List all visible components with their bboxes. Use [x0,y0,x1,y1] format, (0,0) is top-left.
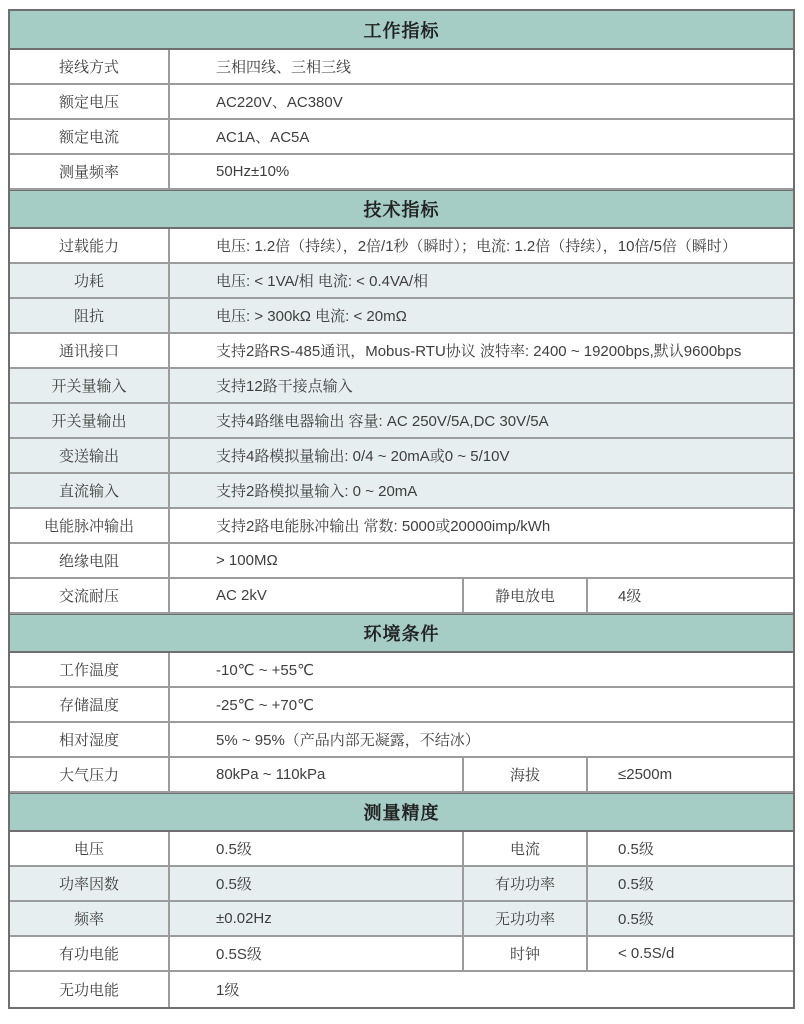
table-row: 阻抗电压: > 300kΩ 电流: < 20mΩ [10,299,793,334]
row-label: 交流耐压 [10,579,170,612]
row-value: 支持2路RS-485通讯，Mobus-RTU协议 波特率: 2400 ~ 192… [170,334,793,367]
row-label: 绝缘电阻 [10,544,170,577]
section-header: 环境条件 [10,614,793,653]
row-value: -25℃ ~ +70℃ [170,688,793,721]
row-value: 电压: < 1VA/相 电流: < 0.4VA/相 [170,264,793,297]
row-value: 0.5S级 [170,937,464,970]
table-row: 有功电能0.5S级时钟< 0.5S/d [10,937,793,972]
row-label: 有功电能 [10,937,170,970]
row-value: 电压: > 300kΩ 电流: < 20mΩ [170,299,793,332]
table-row: 通讯接口支持2路RS-485通讯，Mobus-RTU协议 波特率: 2400 ~… [10,334,793,369]
row-value: 50Hz±10% [170,155,793,188]
table-row: 绝缘电阻> 100MΩ [10,544,793,579]
row-label: 电压 [10,832,170,865]
row-value: 5% ~ 95%（产品内部无凝露，不结冰） [170,723,793,756]
row-label: 开关量输入 [10,369,170,402]
row-value-2: 0.5级 [588,867,793,900]
row-label: 额定电压 [10,85,170,118]
row-value-2: 0.5级 [588,902,793,935]
row-value: ±0.02Hz [170,902,464,935]
row-label-2: 电流 [464,832,588,865]
table-row: 变送输出支持4路模拟量输出: 0/4 ~ 20mA或0 ~ 5/10V [10,439,793,474]
table-row: 交流耐压AC 2kV静电放电4级 [10,579,793,614]
row-label: 无功电能 [10,972,170,1007]
table-row: 存储温度-25℃ ~ +70℃ [10,688,793,723]
row-label: 接线方式 [10,50,170,83]
row-label-2: 海拔 [464,758,588,791]
table-row: 功耗电压: < 1VA/相 电流: < 0.4VA/相 [10,264,793,299]
table-row: 接线方式三相四线、三相三线 [10,50,793,85]
row-value: 支持4路模拟量输出: 0/4 ~ 20mA或0 ~ 5/10V [170,439,793,472]
row-value: 支持2路电能脉冲输出 常数: 5000或20000imp/kWh [170,509,793,542]
row-label: 大气压力 [10,758,170,791]
table-row: 开关量输出支持4路继电器输出 容量: AC 250V/5A,DC 30V/5A [10,404,793,439]
row-label: 测量频率 [10,155,170,188]
row-value: 0.5级 [170,867,464,900]
row-label-2: 无功功率 [464,902,588,935]
section-header: 工作指标 [10,11,793,50]
row-value: 支持12路干接点输入 [170,369,793,402]
row-label-2: 静电放电 [464,579,588,612]
row-value-2: 0.5级 [588,832,793,865]
row-value-2: ≤2500m [588,758,793,791]
table-row: 相对湿度5% ~ 95%（产品内部无凝露，不结冰） [10,723,793,758]
row-label-2: 有功功率 [464,867,588,900]
row-value: AC220V、AC380V [170,85,793,118]
table-row: 开关量输入支持12路干接点输入 [10,369,793,404]
table-row: 额定电压AC220V、AC380V [10,85,793,120]
row-label: 变送输出 [10,439,170,472]
row-label: 相对湿度 [10,723,170,756]
row-label: 频率 [10,902,170,935]
row-value: AC1A、AC5A [170,120,793,153]
row-label: 电能脉冲输出 [10,509,170,542]
row-label: 功率因数 [10,867,170,900]
row-label: 功耗 [10,264,170,297]
spec-table: 工作指标接线方式三相四线、三相三线额定电压AC220V、AC380V额定电流AC… [8,9,795,1009]
row-value: 支持2路模拟量输入: 0 ~ 20mA [170,474,793,507]
table-row: 功率因数0.5级有功功率0.5级 [10,867,793,902]
table-row: 测量频率50Hz±10% [10,155,793,190]
row-label-2: 时钟 [464,937,588,970]
table-row: 电压0.5级电流0.5级 [10,832,793,867]
row-label: 工作温度 [10,653,170,686]
row-value: -10℃ ~ +55℃ [170,653,793,686]
row-label: 存储温度 [10,688,170,721]
table-row: 工作温度-10℃ ~ +55℃ [10,653,793,688]
section-header: 测量精度 [10,793,793,832]
row-label: 额定电流 [10,120,170,153]
row-label: 阻抗 [10,299,170,332]
table-row: 频率±0.02Hz无功功率0.5级 [10,902,793,937]
table-row: 过载能力电压: 1.2倍（持续），2倍/1秒（瞬时）；电流: 1.2倍（持续），… [10,229,793,264]
row-value-2: < 0.5S/d [588,937,793,970]
row-value: 1级 [170,972,793,1007]
section-header: 技术指标 [10,190,793,229]
row-value: AC 2kV [170,579,464,612]
table-row: 大气压力80kPa ~ 110kPa海拔≤2500m [10,758,793,793]
table-row: 直流输入支持2路模拟量输入: 0 ~ 20mA [10,474,793,509]
row-label: 直流输入 [10,474,170,507]
row-value: 电压: 1.2倍（持续），2倍/1秒（瞬时）；电流: 1.2倍（持续），10倍/… [170,229,793,262]
page: 工作指标接线方式三相四线、三相三线额定电压AC220V、AC380V额定电流AC… [0,0,804,1024]
row-label: 过载能力 [10,229,170,262]
row-value: 80kPa ~ 110kPa [170,758,464,791]
row-value: 支持4路继电器输出 容量: AC 250V/5A,DC 30V/5A [170,404,793,437]
table-row: 无功电能1级 [10,972,793,1007]
row-value: 三相四线、三相三线 [170,50,793,83]
table-row: 电能脉冲输出支持2路电能脉冲输出 常数: 5000或20000imp/kWh [10,509,793,544]
row-value: 0.5级 [170,832,464,865]
row-value: > 100MΩ [170,544,793,577]
table-row: 额定电流AC1A、AC5A [10,120,793,155]
row-label: 通讯接口 [10,334,170,367]
row-label: 开关量输出 [10,404,170,437]
row-value-2: 4级 [588,579,793,612]
